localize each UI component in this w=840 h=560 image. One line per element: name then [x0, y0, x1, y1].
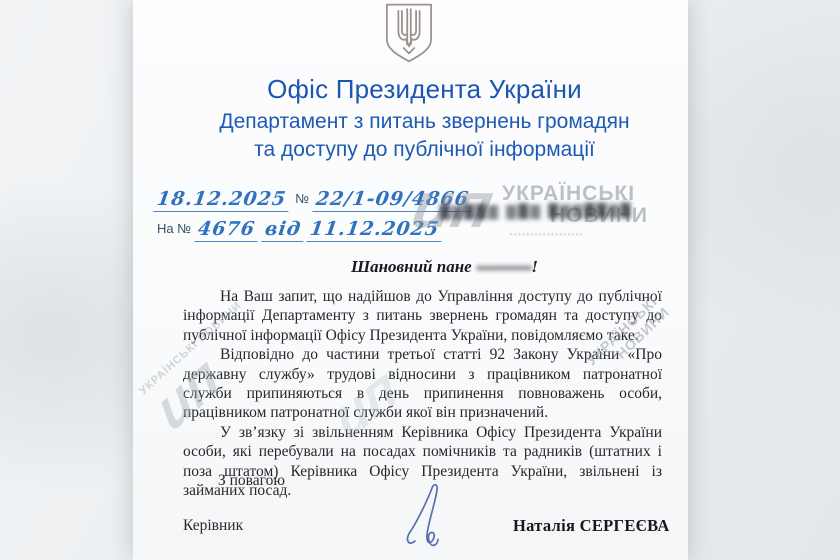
org-name: Офіс Президента України [147, 74, 702, 105]
number-label: № [295, 191, 309, 206]
signature-ink [401, 481, 457, 557]
redacted-stamp: █▓██▓ ▓█▓ █▓▓██▓█ [440, 202, 652, 220]
greeting-line: Шановний пане ■■■■■■■■■■■! [167, 257, 722, 277]
department-line-2: та доступу до публічної інформації [147, 136, 702, 164]
department-name: Департамент з питань звернень громадян т… [147, 108, 702, 164]
outgoing-date-handwritten: 18.12.2025 [153, 188, 291, 212]
signer-position: Керівник [183, 517, 243, 535]
incoming-ref-label: На № [157, 221, 191, 236]
greeting-suffix: ! [531, 257, 538, 276]
redacted-addressee-name: ■■■■■■■■■■■ [476, 263, 531, 274]
incoming-number-handwritten: 4676 [195, 218, 261, 242]
agency-small-text-redacted: ▪▪▪▪▪▪▪▪▪▪▪▪▪▪▪▪▪▪ [510, 232, 584, 238]
greeting-prefix: Шановний пане [351, 257, 476, 276]
from-word-handwritten: від [261, 218, 306, 242]
page-background: { "letterhead": { "org_name": "Офіс През… [0, 0, 840, 560]
scanned-letter-document: Офіс Президента України Департамент з пи… [133, 0, 688, 560]
regards-line: З повагою [218, 472, 285, 490]
incoming-ref-row: На № 4676 від 11.12.2025 [155, 218, 443, 242]
department-line-1: Департамент з питань звернень громадян [147, 108, 702, 136]
signer-name: Наталія СЕРГЕЄВА [513, 516, 670, 536]
news-agency-watermark: ип УКРАЇНСЬКІ НОВИНИ ▪▪▪▪▪▪▪▪▪▪▪▪▪▪▪▪▪▪ … [414, 176, 682, 256]
ukraine-trident-emblem [380, 2, 438, 64]
